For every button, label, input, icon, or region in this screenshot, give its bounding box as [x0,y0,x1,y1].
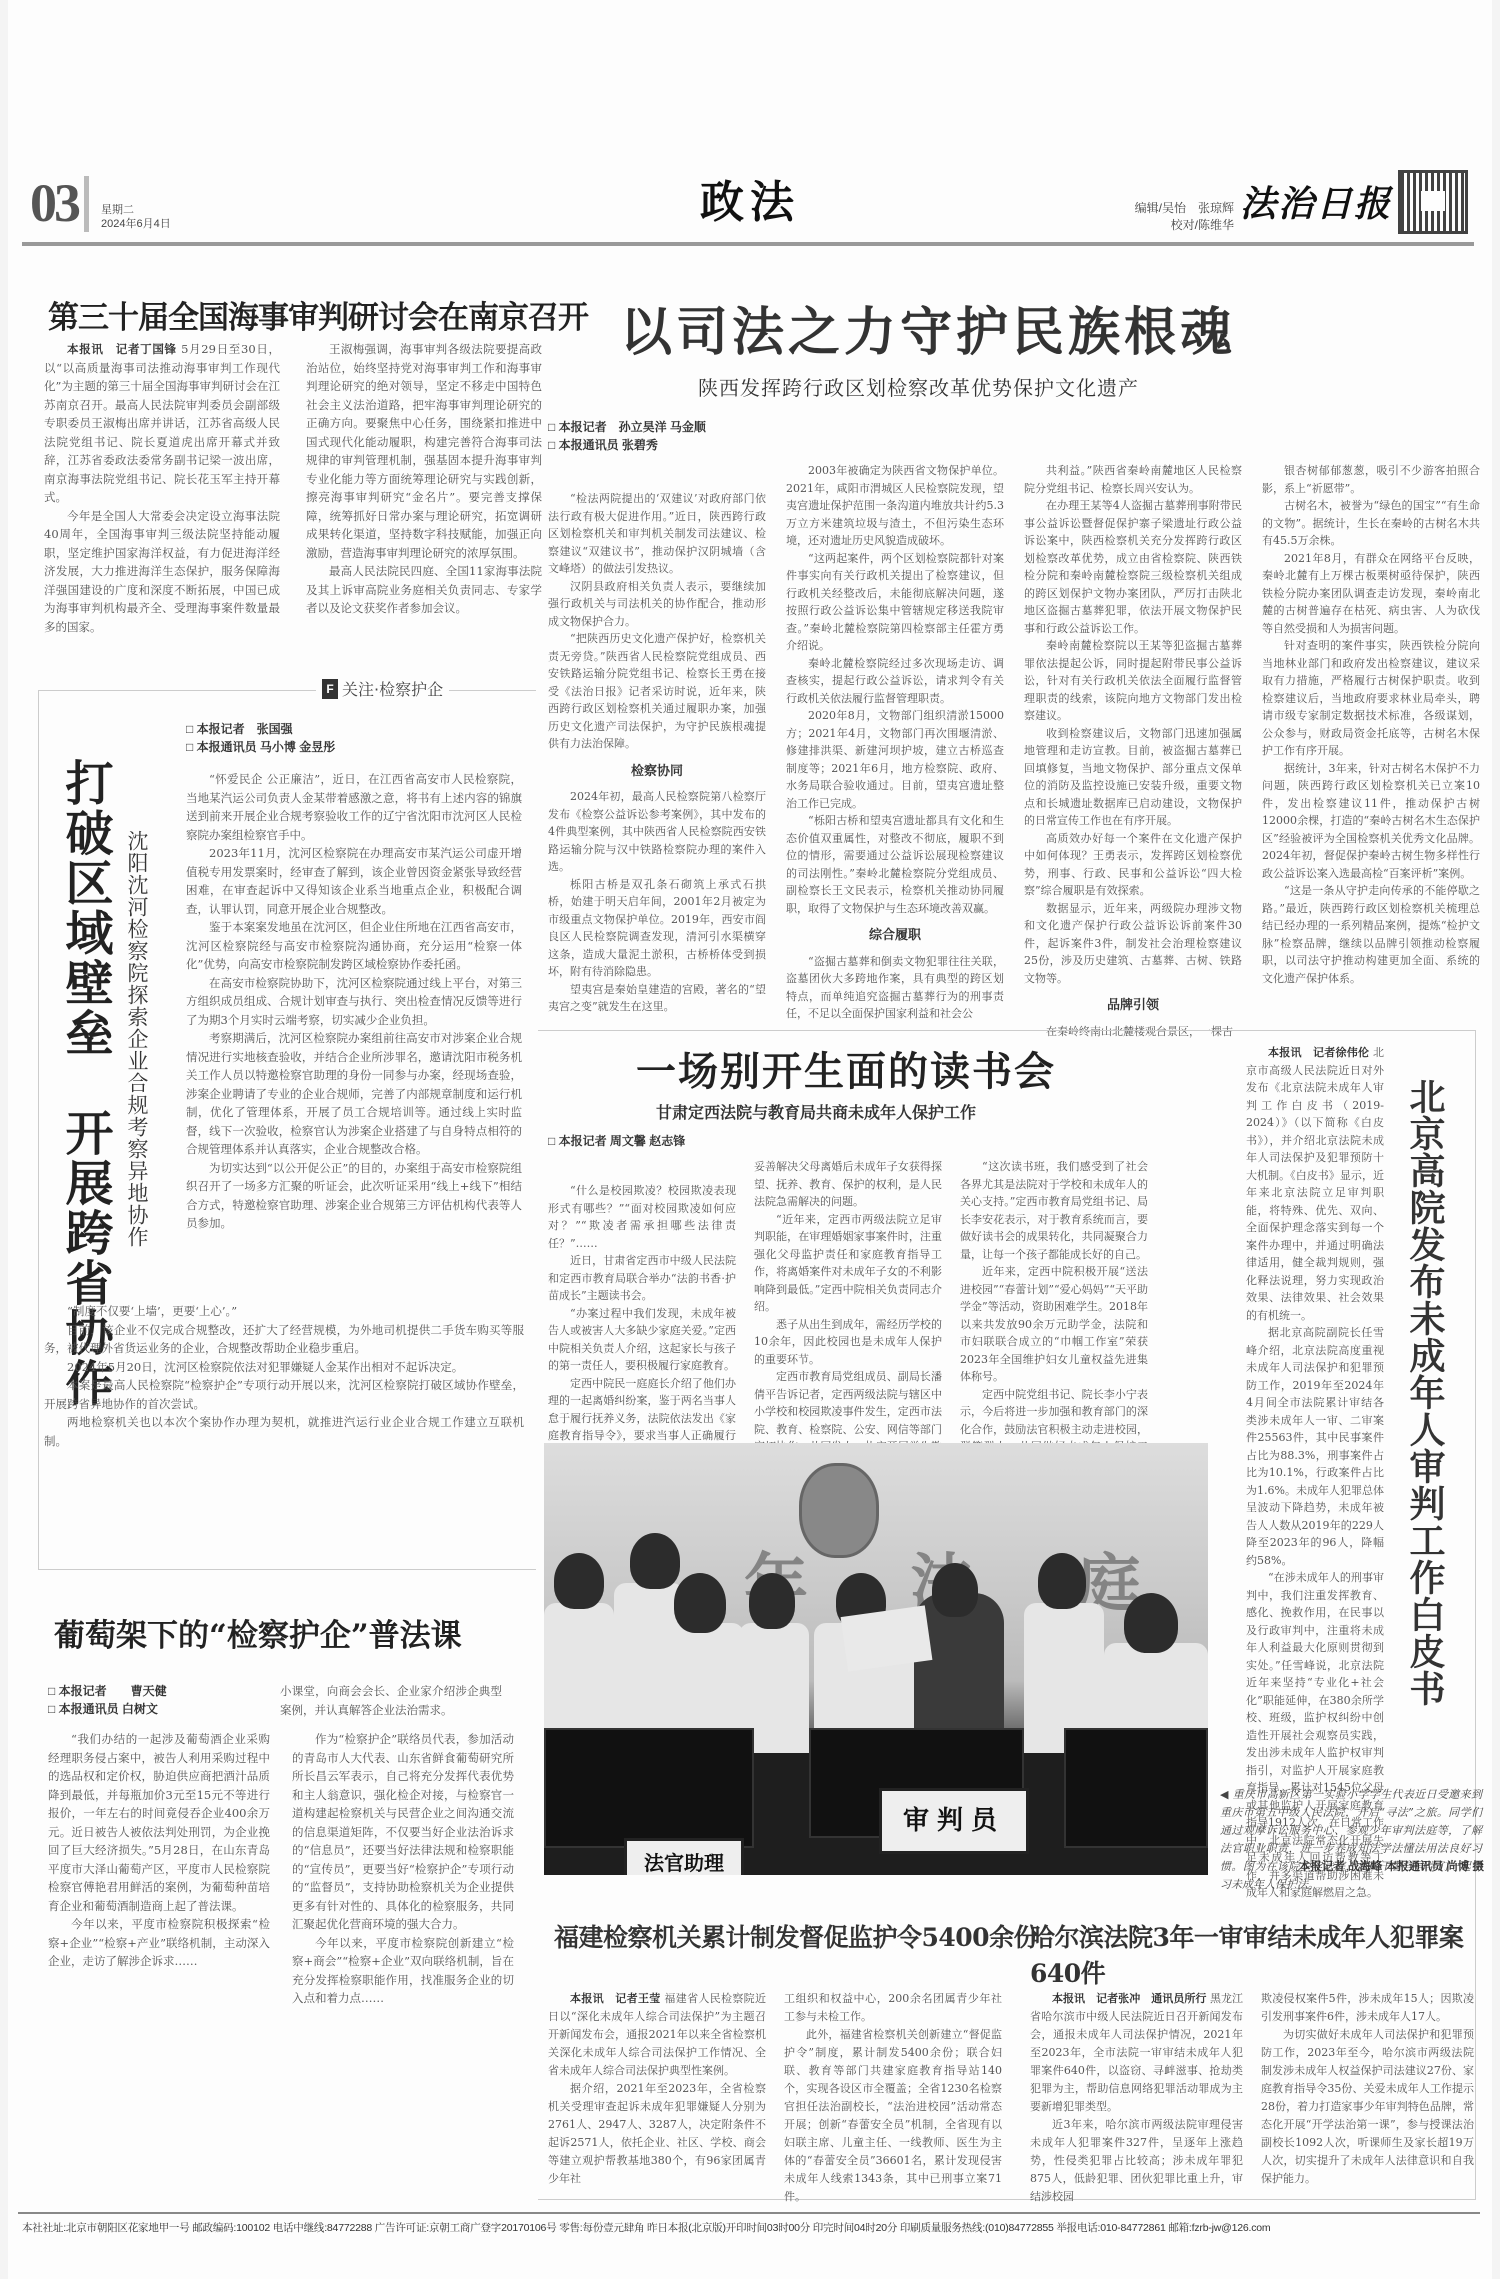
story2-body: “检法两院提出的‘双建议’对政府部门依法行政有极大促进作用。”近日，陕西跨行政区… [548,462,1483,1022]
story4-byline: □ 本报记者 曹天健 □ 本报通讯员 白树文 [48,1682,167,1718]
newspaper-page: 03 星期二 2024年6月4日 政法 编辑/吴怡 张琼辉 校对/陈维华 法治日… [8,0,1492,2279]
story7-col2: 工组织和权益中心，200余名团属青少年社工参与未检工作。 此外，福建省检察机关创… [784,1990,1002,2206]
publisher-footer: 本社社址:北京市朝阳区花家地甲一号 邮政编码:100102 电话中继线:8477… [22,2220,1482,2235]
story4-col2: 作为“检察护企”联络员代表，参加活动的青岛市人大代表、山东省鲜食葡萄研究所所长昌… [292,1730,514,2008]
story8-headline: 哈尔滨法院3年一审审结未成年人犯罪案640件 [1030,1918,1492,1990]
editors: 编辑/吴怡 张琼辉 [1112,200,1234,217]
story7-body: 本报讯 记者王莹 福建省人民检察院近日以“深化未成年人综合司法保护”为主题召开新… [548,1990,1008,2206]
story4-col1: “我们办结的一起涉及葡萄酒企业采购经理职务侵占案中，被告人利用采购过程中的选品权… [48,1730,270,2008]
weekday: 星期二 [101,203,171,217]
story3-byline: □ 本报记者 张国强 □ 本报通讯员 马小博 金昱彤 [186,720,335,756]
judge-nameplate: 审判员 [879,1788,1029,1854]
header-divider [84,176,89,232]
header-rule [22,242,1474,246]
story6-lead: 本报讯 记者徐伟伦 [1268,1046,1369,1059]
page-number: 03 [30,176,78,230]
masthead-logo: 法治日报 [1240,176,1392,227]
story7-headline: 福建检察机关累计制发督促监护令5400余份 [554,1918,1038,1954]
booklet [841,1605,933,1671]
story1-col1: 本报讯 记者丁国锋 5月29日至30日，以“以高质量海事司法推动海事审判工作现代… [44,340,280,636]
story2-byline: □ 本报记者 孙立昊洋 马金顺 □ 本报通讯员 张碧秀 [548,418,706,454]
footer-rule [18,2212,1480,2214]
qr-code-icon[interactable] [1398,170,1468,234]
story1-lead: 本报讯 记者丁国锋 [67,342,177,356]
subhead-jiancha-xietong: 检察协同 [548,763,766,781]
story8-body: 本报讯 记者张冲 通讯员所行 黑龙江省哈尔滨市中级人民法院近日召开新闻发布会，通… [1030,1990,1474,2206]
story1-col2: 王淑梅强调，海事审判各级法院要提高政治站位，始终坚持党对海事审判工作和海事审判理… [306,340,542,636]
news-photo-courtroom: 年 法 庭 审判员 法官助理 [544,1443,1208,1875]
story1-headline: 第三十届全国海事审判研讨会在南京召开 [48,292,588,337]
story8-lead: 本报讯 记者张冲 通讯员所行 [1052,1992,1206,2005]
story2-col2: 2003年被确定为陕西省文物保护单位。2021年，咸阳市渭城区人民检察院发现，望… [786,462,1004,1022]
column-tag-label: 关注·检察护企 [342,677,443,700]
story5-headline: 一场别开生面的读书会 [636,1040,1056,1097]
story8-col1: 本报讯 记者张冲 通讯员所行 黑龙江省哈尔滨市中级人民法院近日召开新闻发布会，通… [1030,1990,1243,2206]
section-title: 政法 [700,166,800,230]
story4-headline: 葡萄架下的“检察护企”普法课 [54,1610,462,1655]
issue-date: 星期二 2024年6月4日 [101,203,171,231]
story6-headline: 北京高院发布未成年人审判工作白皮书 [1404,1078,1446,1707]
story2-col4: 银杏树郁郁葱葱，吸引不少游客拍照合影，系上“祈愿带”。 古树名木，被誉为“绿色的… [1262,462,1480,1022]
page-header: 03 星期二 2024年6月4日 政法 编辑/吴怡 张琼辉 校对/陈维华 法治日… [8,150,1492,250]
photo-caption: ◀ 重庆市高新区第一实验小学学生代表近日受邀来到重庆市第五中级人民法院，开启“寻… [1220,1786,1482,1894]
story2-col1: “检法两院提出的‘双建议’对政府部门依法行政有极大促进作用。”近日，陕西跨行政区… [548,490,766,1022]
subhead-zonghe-lvzhi: 综合履职 [786,927,1004,945]
story2-subheadline: 陕西发挥跨行政区划检察改革优势保护文化遗产 [698,372,1139,401]
story4-col2-top: 小课堂，向商会会长、企业家介绍涉企典型案例，并认真解答企业法治需求。 [280,1682,502,1719]
story5-byline: □ 本报记者 周文馨 赵志锋 [548,1132,685,1150]
story3-body: “怀爱民企 公正廉洁”，近日，在江西省高安市人民检察院，当地某汽运公司负责人金某… [186,770,522,1233]
story7-col1: 本报讯 记者王莹 福建省人民检察院近日以“深化未成年人综合司法保护”为主题召开新… [548,1990,766,2206]
story1-body: 本报讯 记者丁国锋 5月29日至30日，以“以高质量海事司法推动海事审判工作现代… [44,340,544,636]
proofreader: 校对/陈维华 [1112,217,1234,234]
f-logo-icon: F [322,679,338,699]
editor-credits: 编辑/吴怡 张琼辉 校对/陈维华 [1112,200,1234,234]
story2-col3: 共利益。”陕西省秦岭南麓地区人民检察院分党组书记、检察长周兴安认为。 在办理王某… [1024,462,1242,1022]
subhead-pinpai-yinling: 品牌引领 [1024,997,1242,1015]
photo-credit: 本报记者 战海峰 本报通讯员 尚博 摄 [1288,1858,1484,1874]
story3-body-wide: “制度不仅要‘上墙’，更要‘上心’。” 目前，该企业不仅完成合规整改，还扩大了经… [44,1302,524,1450]
story6-body: 本报讯 记者徐伟伦 北京市高级人民法院近日对外发布《北京法院未成年人审判工作白皮… [1246,1044,1384,1902]
story4-body: “我们办结的一起涉及葡萄酒企业采购经理职务侵占案中，被告人利用采购过程中的选品权… [48,1730,532,2008]
story8-col2: 欺凌侵权案件5件，涉未成年15人；因欺凌引发刑事案件6件，涉未成年人17人。 为… [1261,1990,1474,2206]
story2-headline: 以司法之力守护民族根魂 [620,290,1236,365]
story5-subheadline: 甘肃定西法院与教育局共商未成年人保护工作 [656,1100,976,1123]
assistant-nameplate: 法官助理 [624,1838,744,1875]
story7-lead: 本报讯 记者王莹 [570,1992,661,2005]
column-tag: F 关注·检察护企 [316,677,449,700]
date: 2024年6月4日 [101,217,171,231]
story3-subheadline: 沈阳沈河检察院探索企业合规考察异地协作 [124,830,150,1248]
